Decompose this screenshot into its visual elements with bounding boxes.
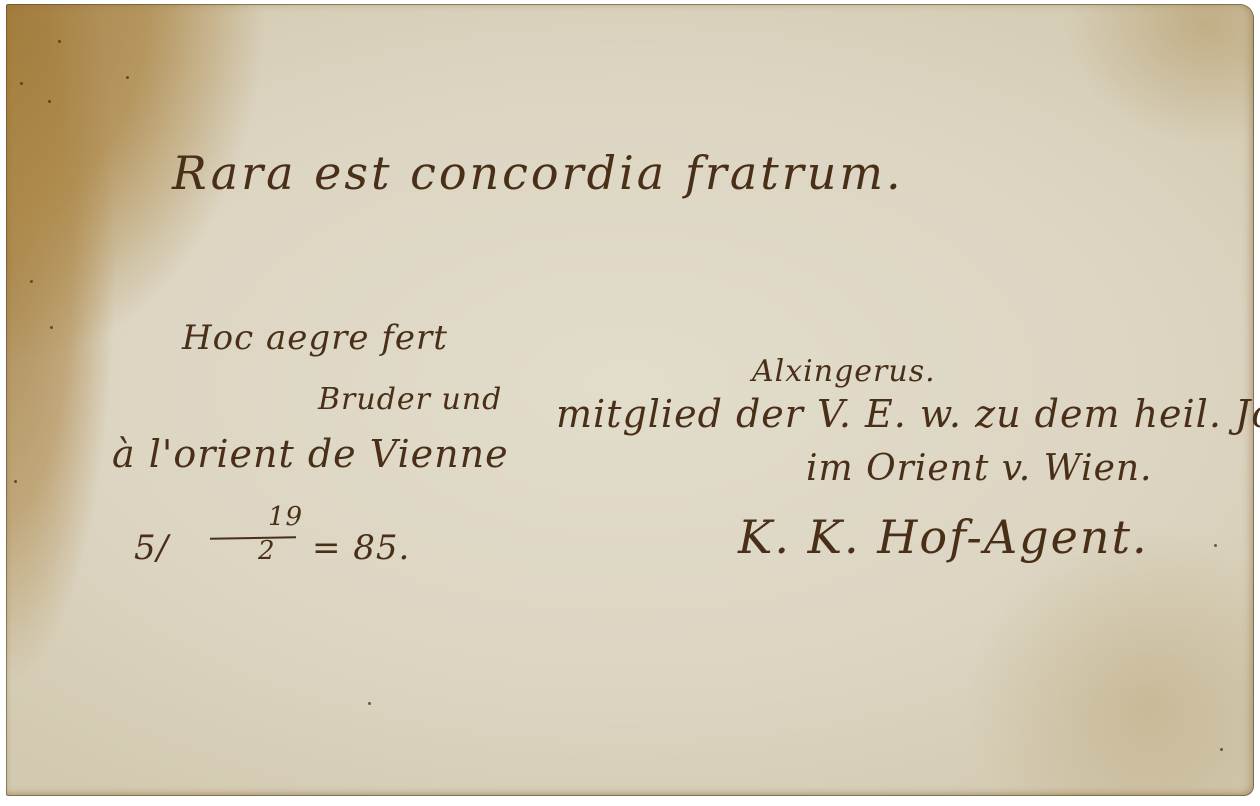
right-line-1: mitglied der V. E. w. zu dem heil. Josep… [556,392,1260,436]
author-name: Alxingerus. [752,354,936,389]
ink-speck [126,76,129,79]
date-prefix: 5/ [134,528,169,568]
ink-speck [20,82,23,85]
ink-speck [14,480,17,483]
ink-speck [368,702,371,705]
left-line-3: à l'orient de Vienne [112,432,509,476]
ink-speck [50,326,53,329]
ink-speck [30,280,33,283]
signature-title: K. K. Hof-Agent. [738,510,1149,564]
date-suffix: = 85. [312,528,410,568]
right-line-2: im Orient v. Wien. [806,448,1153,489]
ink-speck [58,40,61,43]
ink-speck [1220,748,1223,751]
left-line-2: Bruder und [318,382,502,417]
date-fraction-numerator: 19 [268,502,303,532]
left-line-1: Hoc aegre fert [182,318,448,358]
motto-line: Rara est concordia fratrum. [172,146,904,200]
ink-speck [48,100,51,103]
date-fraction-denominator: 2 [258,536,276,566]
ink-speck [1214,544,1217,547]
